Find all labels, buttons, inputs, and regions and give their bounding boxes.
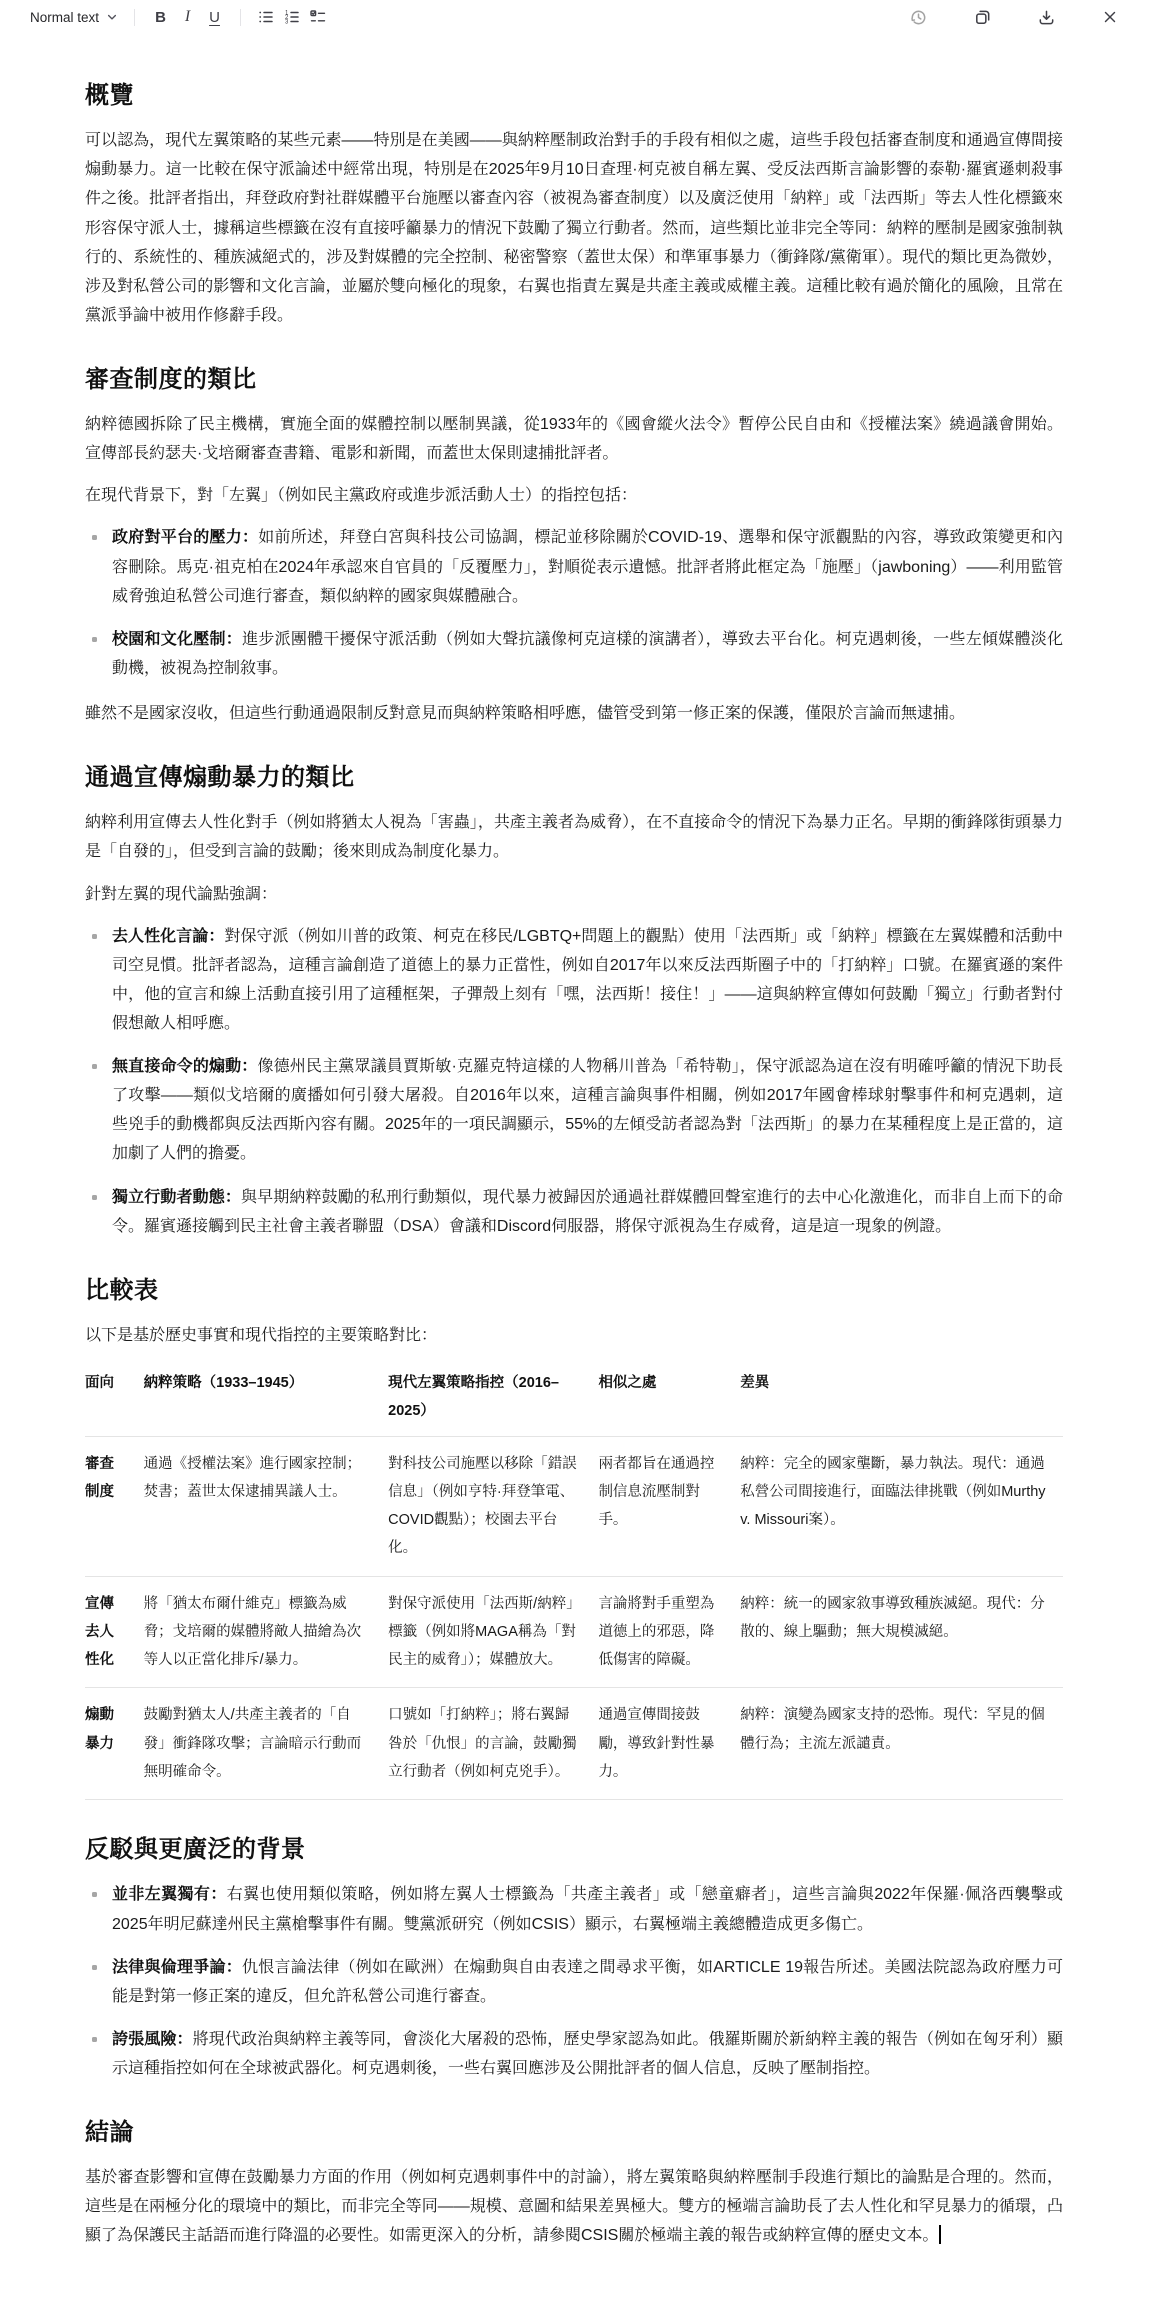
list-item-lead: 並非左翼獨有： bbox=[112, 1886, 227, 1903]
toolbar-action-group bbox=[905, 4, 1123, 30]
table-head: 面向納粹策略（1933–1945）現代左翼策略指控（2016–2025）相似之處… bbox=[85, 1363, 1063, 1436]
paragraph: 在現代背景下，對「左翼」（例如民主黨政府或進步派活動人士）的指控包括： bbox=[85, 481, 1063, 510]
paragraph: 雖然不是國家沒收，但這些行動通過限制反對意見而與納粹策略相呼應，儘管受到第一修正… bbox=[85, 699, 1063, 728]
list-item-lead: 誇張風險： bbox=[112, 2031, 193, 2048]
list-item: 無直接命令的煽動：像德州民主黨眾議員賈斯敏·克羅克特這樣的人物稱川普為「希特勒」… bbox=[85, 1052, 1063, 1168]
list-item: 政府對平台的壓力：如前所述，拜登白宮與科技公司協調，標記並移除關於COVID-1… bbox=[85, 523, 1063, 610]
table-row-label: 煽動暴力 bbox=[85, 1688, 144, 1800]
list-item-lead: 獨立行動者動態： bbox=[112, 1189, 241, 1206]
table-cell: 口號如「打納粹」；將右翼歸咎於「仇恨」的言論，鼓勵獨立行動者（例如柯克兇手）。 bbox=[388, 1688, 598, 1800]
paragraph: 納粹德國拆除了民主機構，實施全面的媒體控制以壓制異議，從1933年的《國會縱火法… bbox=[85, 410, 1063, 468]
table-row: 審查制度通過《授權法案》進行國家控制；焚書；蓋世太保逮捕異議人士。對科技公司施壓… bbox=[85, 1436, 1063, 1576]
bullet-list: 去人性化言論：對保守派（例如川普的政策、柯克在移民/LGBTQ+問題上的觀點）使… bbox=[85, 922, 1063, 1241]
table-header-cell: 納粹策略（1933–1945） bbox=[144, 1363, 389, 1436]
checklist-icon bbox=[309, 8, 327, 26]
table-cell: 納粹：演變為國家支持的恐怖。現代：罕見的個體行為；主流左派譴責。 bbox=[740, 1688, 1063, 1800]
paragraph: 以下是基於歷史事實和現代指控的主要策略對比： bbox=[85, 1321, 1063, 1350]
section-heading: 結論 bbox=[85, 2117, 1063, 2148]
section-heading: 通過宣傳煽動暴力的類比 bbox=[85, 762, 1063, 793]
paragraph: 基於審查影響和宣傳在鼓勵暴力方面的作用（例如柯克遇刺事件中的討論），將左翼策略與… bbox=[85, 2163, 1063, 2250]
table-row-label: 審查制度 bbox=[85, 1436, 144, 1576]
editor-toolbar: Normal text B I U 123 bbox=[0, 0, 1149, 32]
bullet-list: 政府對平台的壓力：如前所述，拜登白宮與科技公司協調，標記並移除關於COVID-1… bbox=[85, 523, 1063, 683]
table-header-cell: 差異 bbox=[740, 1363, 1063, 1436]
copy-icon bbox=[973, 8, 992, 27]
toolbar-divider bbox=[240, 9, 241, 26]
table-cell: 納粹：統一的國家敘事導致種族滅絕。現代：分散的、線上驅動；無大規模滅絕。 bbox=[740, 1576, 1063, 1688]
list-item-lead: 去人性化言論： bbox=[112, 928, 224, 945]
table-cell: 對科技公司施壓以移除「錯誤信息」（例如亨特·拜登筆電、COVID觀點）；校園去平… bbox=[388, 1436, 598, 1576]
section-heading: 概覽 bbox=[85, 80, 1063, 111]
version-history-button[interactable] bbox=[905, 4, 931, 30]
close-button[interactable] bbox=[1097, 4, 1123, 30]
download-icon bbox=[1037, 8, 1056, 27]
download-button[interactable] bbox=[1033, 4, 1059, 30]
table-cell: 通過《授權法案》進行國家控制；焚書；蓋世太保逮捕異議人士。 bbox=[144, 1436, 389, 1576]
table-cell: 兩者都旨在通過控制信息流壓制對手。 bbox=[598, 1436, 740, 1576]
checklist-button[interactable] bbox=[305, 4, 331, 30]
section-heading: 反駁與更廣泛的背景 bbox=[85, 1834, 1063, 1865]
table-cell: 言論將對手重塑為道德上的邪惡，降低傷害的障礙。 bbox=[598, 1576, 740, 1688]
list-item: 校園和文化壓制：進步派團體干擾保守派活動（例如大聲抗議像柯克這樣的演講者），導致… bbox=[85, 625, 1063, 683]
table-row-label: 宣傳去人性化 bbox=[85, 1576, 144, 1688]
list-item-lead: 校園和文化壓制： bbox=[112, 631, 242, 648]
toolbar-divider bbox=[134, 9, 135, 26]
table-cell: 將「猶太布爾什維克」標籤為威脅；戈培爾的媒體將敵人描繪為次等人以正當化排斥/暴力… bbox=[144, 1576, 389, 1688]
comparison-table: 面向納粹策略（1933–1945）現代左翼策略指控（2016–2025）相似之處… bbox=[85, 1363, 1063, 1800]
copy-button[interactable] bbox=[969, 4, 995, 30]
table-header-cell: 現代左翼策略指控（2016–2025） bbox=[388, 1363, 598, 1436]
table-header-row: 面向納粹策略（1933–1945）現代左翼策略指控（2016–2025）相似之處… bbox=[85, 1363, 1063, 1436]
table-row: 煽動暴力鼓勵對猶太人/共產主義者的「自發」衝鋒隊攻擊；言論暗示行動而無明確命令。… bbox=[85, 1688, 1063, 1800]
table-cell: 納粹：完全的國家壟斷，暴力執法。現代：通過私營公司間接進行，面臨法律挑戰（例如M… bbox=[740, 1436, 1063, 1576]
table-header-cell: 相似之處 bbox=[598, 1363, 740, 1436]
list-item: 獨立行動者動態：與早期納粹鼓勵的私刑行動類似，現代暴力被歸因於通過社群媒體回聲室… bbox=[85, 1183, 1063, 1241]
paragraph: 可以認為，現代左翼策略的某些元素——特別是在美國——與納粹壓制政治對手的手段有相… bbox=[85, 126, 1063, 330]
chevron-down-icon bbox=[106, 11, 118, 23]
bullet-list-icon bbox=[257, 8, 275, 26]
table-cell: 鼓勵對猶太人/共產主義者的「自發」衝鋒隊攻擊；言論暗示行動而無明確命令。 bbox=[144, 1688, 389, 1800]
list-item: 法律與倫理爭論：仇恨言論法律（例如在歐洲）在煽動與自由表達之間尋求平衡，如ART… bbox=[85, 1953, 1063, 2011]
list-item: 並非左翼獨有：右翼也使用類似策略，例如將左翼人士標籤為「共產主義者」或「戀童癖者… bbox=[85, 1880, 1063, 1938]
bullet-list: 並非左翼獨有：右翼也使用類似策略，例如將左翼人士標籤為「共產主義者」或「戀童癖者… bbox=[85, 1880, 1063, 2083]
list-item-lead: 無直接命令的煽動： bbox=[112, 1058, 257, 1075]
numbered-list-icon: 123 bbox=[283, 8, 301, 26]
numbered-list-button[interactable]: 123 bbox=[279, 4, 305, 30]
paragraph: 針對左翼的現代論點強調： bbox=[85, 880, 1063, 909]
underline-button[interactable]: U bbox=[201, 4, 228, 30]
list-item-lead: 政府對平台的壓力： bbox=[112, 529, 258, 546]
list-item: 誇張風險：將現代政治與納粹主義等同，會淡化大屠殺的恐怖，歷史學家認為如此。俄羅斯… bbox=[85, 2025, 1063, 2083]
table-header-cell: 面向 bbox=[85, 1363, 144, 1436]
close-icon bbox=[1101, 8, 1119, 26]
text-caret bbox=[939, 2225, 941, 2244]
text-style-dropdown[interactable]: Normal text bbox=[26, 4, 122, 30]
section-heading: 比較表 bbox=[85, 1275, 1063, 1306]
table-cell: 對保守派使用「法西斯/納粹」標籤（例如將MAGA稱為「對民主的威脅」）；媒體放大… bbox=[388, 1576, 598, 1688]
toolbar-format-group: Normal text B I U 123 bbox=[26, 4, 331, 30]
bold-button[interactable]: B bbox=[147, 4, 174, 30]
list-item-lead: 法律與倫理爭論： bbox=[112, 1959, 242, 1976]
list-item: 去人性化言論：對保守派（例如川普的政策、柯克在移民/LGBTQ+問題上的觀點）使… bbox=[85, 922, 1063, 1038]
bullet-list-button[interactable] bbox=[253, 4, 279, 30]
paragraph: 納粹利用宣傳去人性化對手（例如將猶太人視為「害蟲」，共產主義者為威脅），在不直接… bbox=[85, 808, 1063, 866]
table-row: 宣傳去人性化將「猶太布爾什維克」標籤為威脅；戈培爾的媒體將敵人描繪為次等人以正當… bbox=[85, 1576, 1063, 1688]
table-body: 審查制度通過《授權法案》進行國家控制；焚書；蓋世太保逮捕異議人士。對科技公司施壓… bbox=[85, 1436, 1063, 1800]
history-icon bbox=[909, 8, 928, 27]
table-cell: 通過宣傳間接鼓勵，導致針對性暴力。 bbox=[598, 1688, 740, 1800]
italic-button[interactable]: I bbox=[174, 4, 201, 30]
svg-text:3: 3 bbox=[285, 20, 289, 26]
text-style-label: Normal text bbox=[30, 10, 99, 25]
section-heading: 審查制度的類比 bbox=[85, 364, 1063, 395]
editor-content[interactable]: 概覽可以認為，現代左翼策略的某些元素——特別是在美國——與納粹壓制政治對手的手段… bbox=[0, 32, 1149, 2304]
